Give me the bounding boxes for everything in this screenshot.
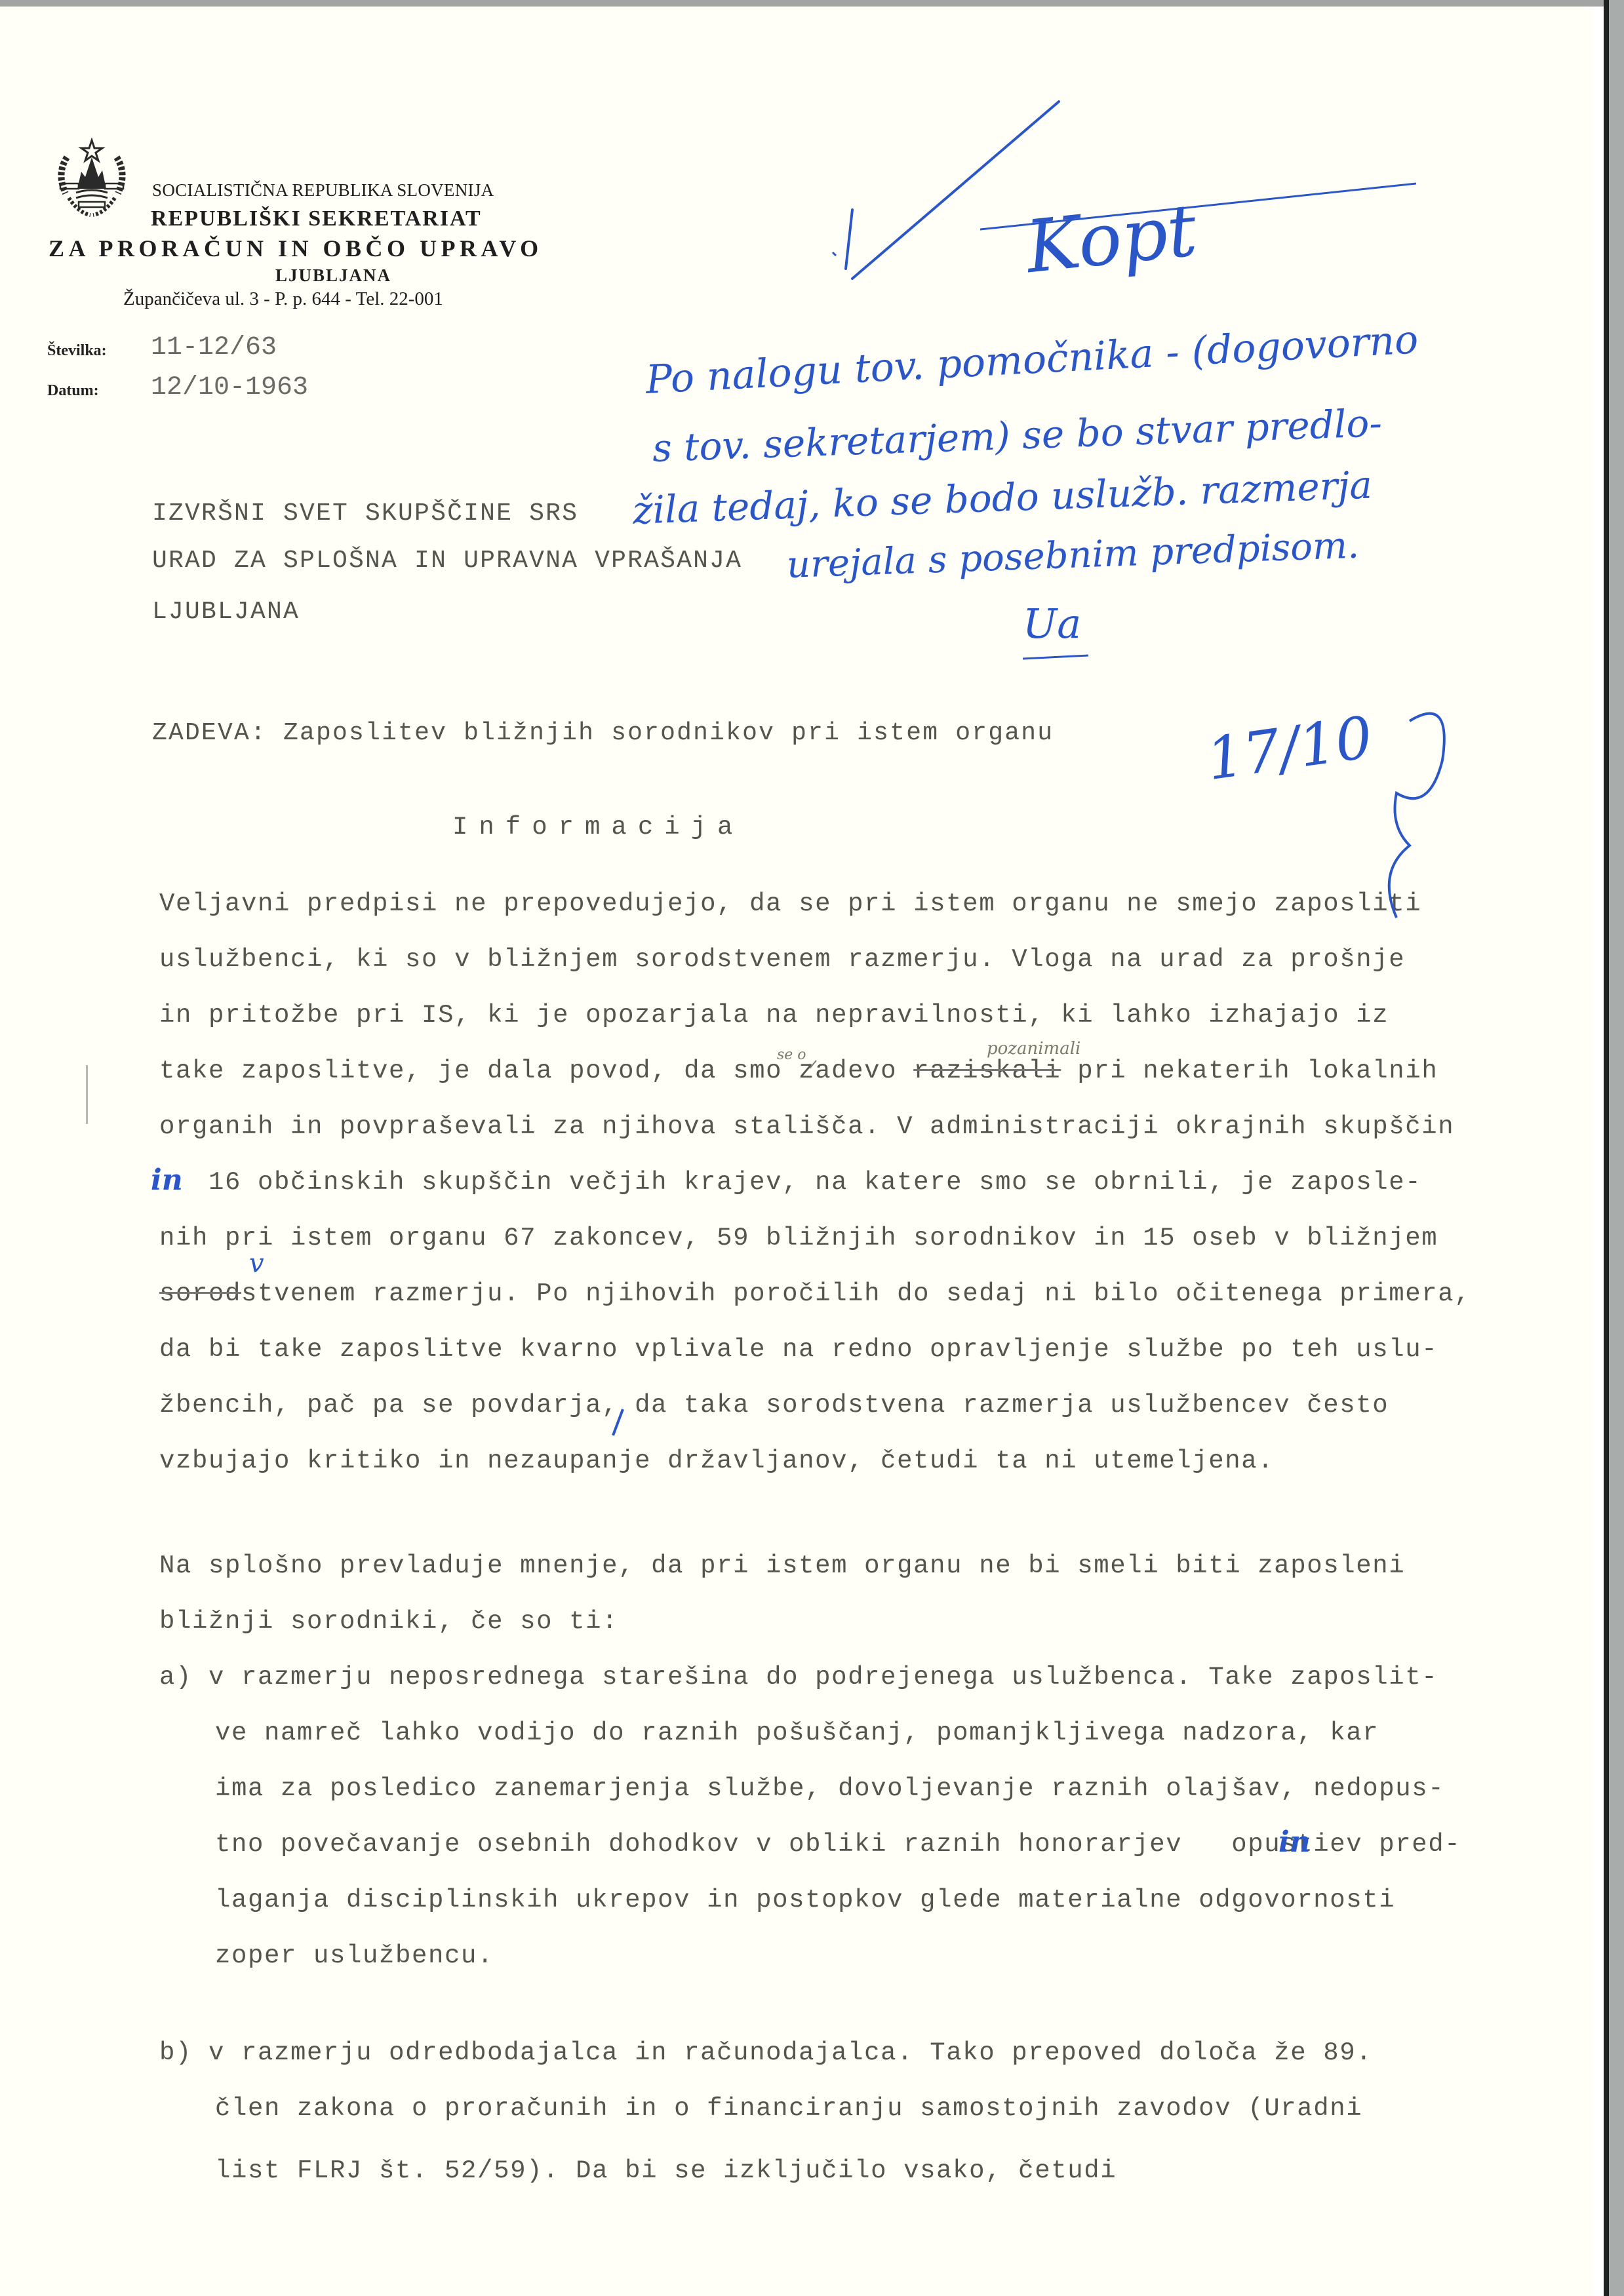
- body-line: člen zakona o proračunih in o financiran…: [215, 2094, 1362, 2123]
- body-text: opustiev pred-: [1231, 1830, 1461, 1859]
- body-line: bližnji sorodniki, če so ti:: [159, 1607, 618, 1636]
- body-line: da bi take zaposlitve kvarno vplivale na…: [159, 1335, 1438, 1364]
- body-text: pri nekaterih lokalnih: [1061, 1057, 1438, 1085]
- pencil-correction-pozanimali: pozanimali: [987, 1039, 1080, 1059]
- list-marker: b): [159, 2038, 192, 2067]
- letterhead-secretariat: REPUBLIŠKI SEKRETARIAT: [151, 206, 482, 231]
- letterhead-address: Župančičeva ul. 3 - P. p. 644 - Tel. 22-…: [123, 288, 443, 310]
- body-line: organih in povpraševali za njihova stali…: [159, 1112, 1454, 1141]
- letterhead-republic: SOCIALISTIČNA REPUBLIKA SLOVENIJA: [152, 180, 494, 201]
- number-label: Številka:: [47, 342, 107, 360]
- body-line: Na splošno prevladuje mnenje, da pri ist…: [159, 1551, 1405, 1580]
- body-line: ve namreč lahko vodijo do raznih pošušča…: [215, 1719, 1379, 1747]
- list-item-b: b) v razmerju odredbodajalca in računoda…: [159, 2038, 1372, 2067]
- body-line: Veljavni predpisi ne prepovedujejo, da s…: [159, 889, 1421, 918]
- body-line: laganja disciplinskih ukrepov in postopk…: [215, 1886, 1395, 1915]
- number-value: 11-12/63: [151, 333, 277, 362]
- subject-text: Zaposlitev bližnjih sorodnikov pri istem…: [283, 719, 1054, 747]
- body-line: tno povečavanje osebnih dohodkov v oblik…: [215, 1830, 1461, 1859]
- body-text: v razmerju odredbodajalca in računodajal…: [208, 2038, 1372, 2067]
- handwritten-insert-v: v: [249, 1249, 264, 1279]
- date-value: 12/10-1963: [151, 373, 308, 402]
- list-item-a: a) v razmerju neposrednega starešina do …: [159, 1663, 1438, 1692]
- pencil-insert-se-o: se o: [777, 1047, 806, 1063]
- scanner-top-edge: [0, 0, 1609, 6]
- body-line: 16 občinskih skupščin večjih krajev, na …: [208, 1168, 1421, 1197]
- body-line: vzbujajo kritiko in nezaupanje državljan…: [159, 1447, 1274, 1475]
- recipient-line-3: LJUBLJANA: [152, 598, 300, 626]
- body-line: sorodstvenem razmerju. Po njihovih poroč…: [159, 1279, 1471, 1308]
- list-marker: a): [159, 1663, 192, 1692]
- recipient-line-1: IZVRŠNI SVET SKUPŠČINE SRS: [152, 499, 578, 528]
- body-text: v razmerju neposrednega starešina do pod…: [208, 1663, 1438, 1692]
- struck-word: sorod: [159, 1279, 241, 1308]
- handwritten-initials: Ua: [1023, 600, 1081, 648]
- letterhead-city: LJUBLJANA: [275, 265, 391, 286]
- subject-line: ZADEVA: Zaposlitev bližnjih sorodnikov p…: [152, 719, 1054, 747]
- body-text: stvenem razmerju. Po njihovih poročilih …: [241, 1279, 1471, 1308]
- letterhead-department: ZA PRORAČUN IN OBČO UPRAVO: [49, 235, 543, 262]
- handwritten-insert-in: in: [151, 1163, 183, 1197]
- body-line: žbencih, pač pa se povdarja, da taka sor…: [159, 1391, 1389, 1420]
- date-label: Datum:: [47, 382, 99, 400]
- body-line: ima za posledico zanemarjenja službe, do…: [215, 1774, 1444, 1803]
- scanner-edge-shadow: [1604, 0, 1609, 2296]
- handwritten-kopt: Kopt: [1022, 188, 1200, 289]
- state-coat-of-arms-icon: [52, 138, 131, 220]
- struck-word: raziskali: [913, 1057, 1061, 1085]
- body-line: in pritožbe pri IS, ki je opozarjala na …: [159, 1001, 1389, 1030]
- subject-label: ZADEVA:: [152, 719, 267, 747]
- body-line: zoper uslužbencu.: [215, 1941, 494, 1970]
- body-text: tno povečavanje osebnih dohodkov v oblik…: [215, 1830, 1182, 1859]
- body-line: nih pri istem organu 67 zakoncev, 59 bli…: [159, 1224, 1438, 1253]
- document-title: Informacija: [452, 813, 743, 842]
- body-line: list FLRJ št. 52/59). Da bi se izključil…: [215, 2156, 1117, 2185]
- body-line: uslužbenci, ki so v bližnjem sorodstvene…: [159, 945, 1405, 974]
- handwritten-insert-in: in: [1278, 1825, 1311, 1859]
- pencil-margin-mark: [86, 1065, 88, 1124]
- recipient-line-2: URAD ZA SPLOŠNA IN UPRAVNA VPRAŠANJA: [152, 547, 742, 575]
